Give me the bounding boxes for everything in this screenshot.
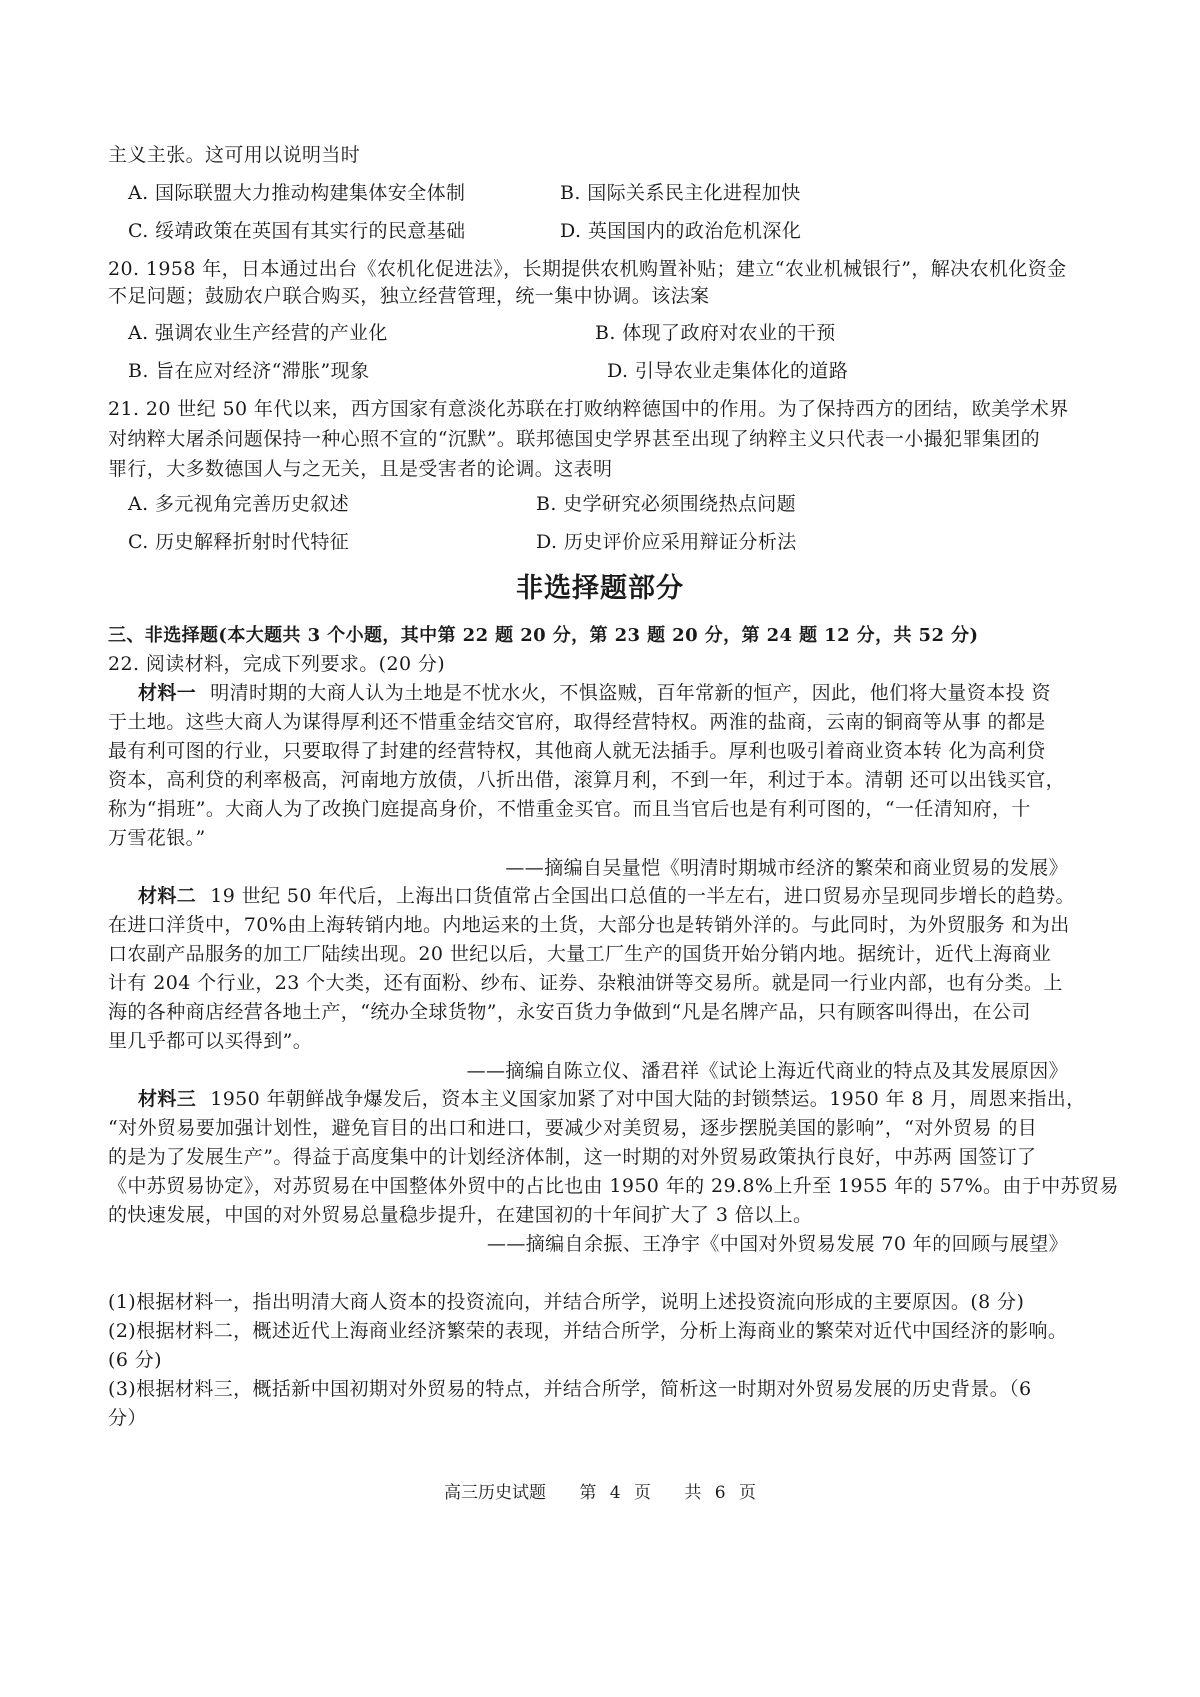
q20-option-d: D. 引导农业走集体化的道路 (607, 359, 848, 383)
material-1-label: 材料一 (138, 682, 196, 704)
exam-page: 主义主张。这可用以说明当时 A. 国际联盟大力推动构建集体安全体制 B. 国际关… (0, 0, 1200, 1697)
material-1-line: 万雪花银。” (108, 826, 206, 850)
q20-option-c: B. 旨在应对经济“滞胀”现象 (128, 359, 369, 383)
material-1-source: ——摘编自吴量恺《明清时期城市经济的繁荣和商业贸易的发展》 (505, 856, 1068, 880)
material-1-line: 材料一明清时期的大商人认为土地是不忧水火，不惧盗贼，百年常新的恒产，因此，他们将… (138, 681, 1051, 705)
material-1-line: 资本，高利贷的利率极高，河南地方放债，八折出借，滚算月利，不到一年，利过于本。清… (108, 768, 1065, 792)
q21-option-c: C. 历史解释折射时代特征 (128, 530, 349, 554)
material-2-label: 材料二 (138, 885, 196, 907)
q19-option-a: A. 国际联盟大力推动构建集体安全体制 (128, 181, 465, 205)
footer-page: 第 4 页 (579, 1483, 651, 1503)
material-2-line: 海的各种商店经营各地土产，“统办全球货物”，永安百货力争做到“凡是名牌产品，只有… (108, 1000, 1031, 1024)
q21-stem-line: 对纳粹大屠杀问题保持一种心照不宣的“沉默”。联邦德国史学界甚至出现了纳粹主义只代… (108, 427, 1040, 451)
material-2-line: 材料二19 世纪 50 年代后，上海出口货值常占全国出口总值的一半左右，进口贸易… (138, 884, 1075, 908)
material-2-source: ——摘编自陈立仪、潘君祥《试论上海近代商业的特点及其发展原因》 (467, 1059, 1068, 1083)
q22-subquestion-2-score: (6 分) (108, 1348, 162, 1372)
footer-total: 共 6 页 (684, 1483, 756, 1503)
q20-stem-line: 不足问题；鼓励农户联合购买，独立经营管理，统一集中协调。该法案 (108, 284, 709, 308)
q20-option-a: A. 强调农业生产经营的产业化 (128, 321, 388, 345)
q20-option-b: B. 体现了政府对农业的干预 (595, 321, 836, 345)
material-2-line: 计有 204 个行业，23 个大类，还有面粉、纱布、证券、杂粮油饼等交易所。就是… (108, 971, 1063, 995)
q22-intro: 22. 阅读材料，完成下列要求。(20 分) (108, 652, 445, 676)
material-2-line: 里几乎都可以买得到”。 (108, 1029, 312, 1053)
q21-option-a: A. 多元视角完善历史叙述 (128, 492, 349, 516)
material-3-line: 《中苏贸易协定》，对苏贸易在中国整体外贸中的占比也由 1950 年的 29.8%… (108, 1174, 1119, 1198)
q21-stem-line: 罪行，大多数德国人与之无关，且是受害者的论调。这表明 (108, 457, 612, 481)
q21-option-d: D. 历史评价应采用辩证分析法 (536, 530, 797, 554)
q21-option-b: B. 史学研究必须围绕热点问题 (536, 492, 796, 516)
material-1-line: 最有利可图的行业，只要取得了封建的经营特权，其他商人就无法插手。厚利也吸引着商业… (108, 739, 1046, 763)
footer-subject: 高三历史试题 (444, 1483, 546, 1503)
material-3-source: ——摘编自余振、王净宇《中国对外贸易发展 70 年的回顾与展望》 (487, 1232, 1068, 1256)
q22-subquestion-3-score: 分） (108, 1406, 147, 1430)
material-3-line: 材料三1950 年朝鲜战争爆发后，资本主义国家加紧了对中国大陆的封锁禁运。195… (138, 1087, 1086, 1111)
q22-subquestion-2: (2)根据材料二，概述近代上海商业经济繁荣的表现，并结合所学，分析上海商业的繁荣… (108, 1319, 1067, 1343)
material-3-line: 的快速发展，中国的对外贸易总量稳步提升，在建国初的十年间扩大了 3 倍以上。 (108, 1203, 812, 1227)
q19-option-b: B. 国际关系民主化进程加快 (560, 181, 801, 205)
material-3-line: “对外贸易要加强计划性，避免盲目的出口和进口，要减少对美贸易，逐步摆脱美国的影响… (108, 1116, 1037, 1140)
q22-subquestion-1: (1)根据材料一，指出明清大商人资本的投资流向，并结合所学，说明上述投资流向形成… (108, 1290, 1024, 1314)
q19-stem-end: 主义主张。这可用以说明当时 (108, 143, 360, 167)
material-1-line: 称为“捐班”。大商人为了改换门庭提高身价，不惜重金买官。而且当官后也是有利可图的… (108, 797, 1031, 821)
section-heading: 三、非选择题(本大题共 3 个小题，其中第 22 题 20 分，第 23 题 2… (108, 624, 978, 648)
page-footer: 高三历史试题 第 4 页 共 6 页 (0, 1478, 1200, 1503)
material-3-line: 的是为了发展生产”。得益于高度集中的计划经济体制，这一时期的对外贸易政策执行良好… (108, 1145, 1036, 1169)
q19-option-c: C. 绥靖政策在英国有其实行的民意基础 (128, 219, 466, 243)
q22-subquestion-3: (3)根据材料三，概括新中国初期对外贸易的特点，并结合所学，简析这一时期对外贸易… (108, 1377, 1032, 1401)
q19-option-d: D. 英国国内的政治危机深化 (560, 219, 801, 243)
section-title: 非选择题部分 (0, 566, 1200, 605)
q20-stem-line: 20. 1958 年，日本通过出台《农机化促进法》，长期提供农机购置补贴；建立“… (108, 257, 1067, 281)
material-2-line: 在进口洋货中，70%由上海转销内地。内地运来的土货，大部分也是转销外洋的。与此同… (108, 913, 1070, 937)
material-2-line: 口农副产品服务的加工厂陆续出现。20 世纪以后，大量工厂生产的国货开始分销内地。… (108, 942, 1051, 966)
material-1-line: 于土地。这些大商人为谋得厚利还不惜重金结交官府，取得经营特权。两淮的盐商，云南的… (108, 710, 1046, 734)
q21-stem-line: 21. 20 世纪 50 年代以来，西方国家有意淡化苏联在打败纳粹德国中的作用。… (108, 397, 1069, 421)
material-3-label: 材料三 (138, 1088, 196, 1110)
